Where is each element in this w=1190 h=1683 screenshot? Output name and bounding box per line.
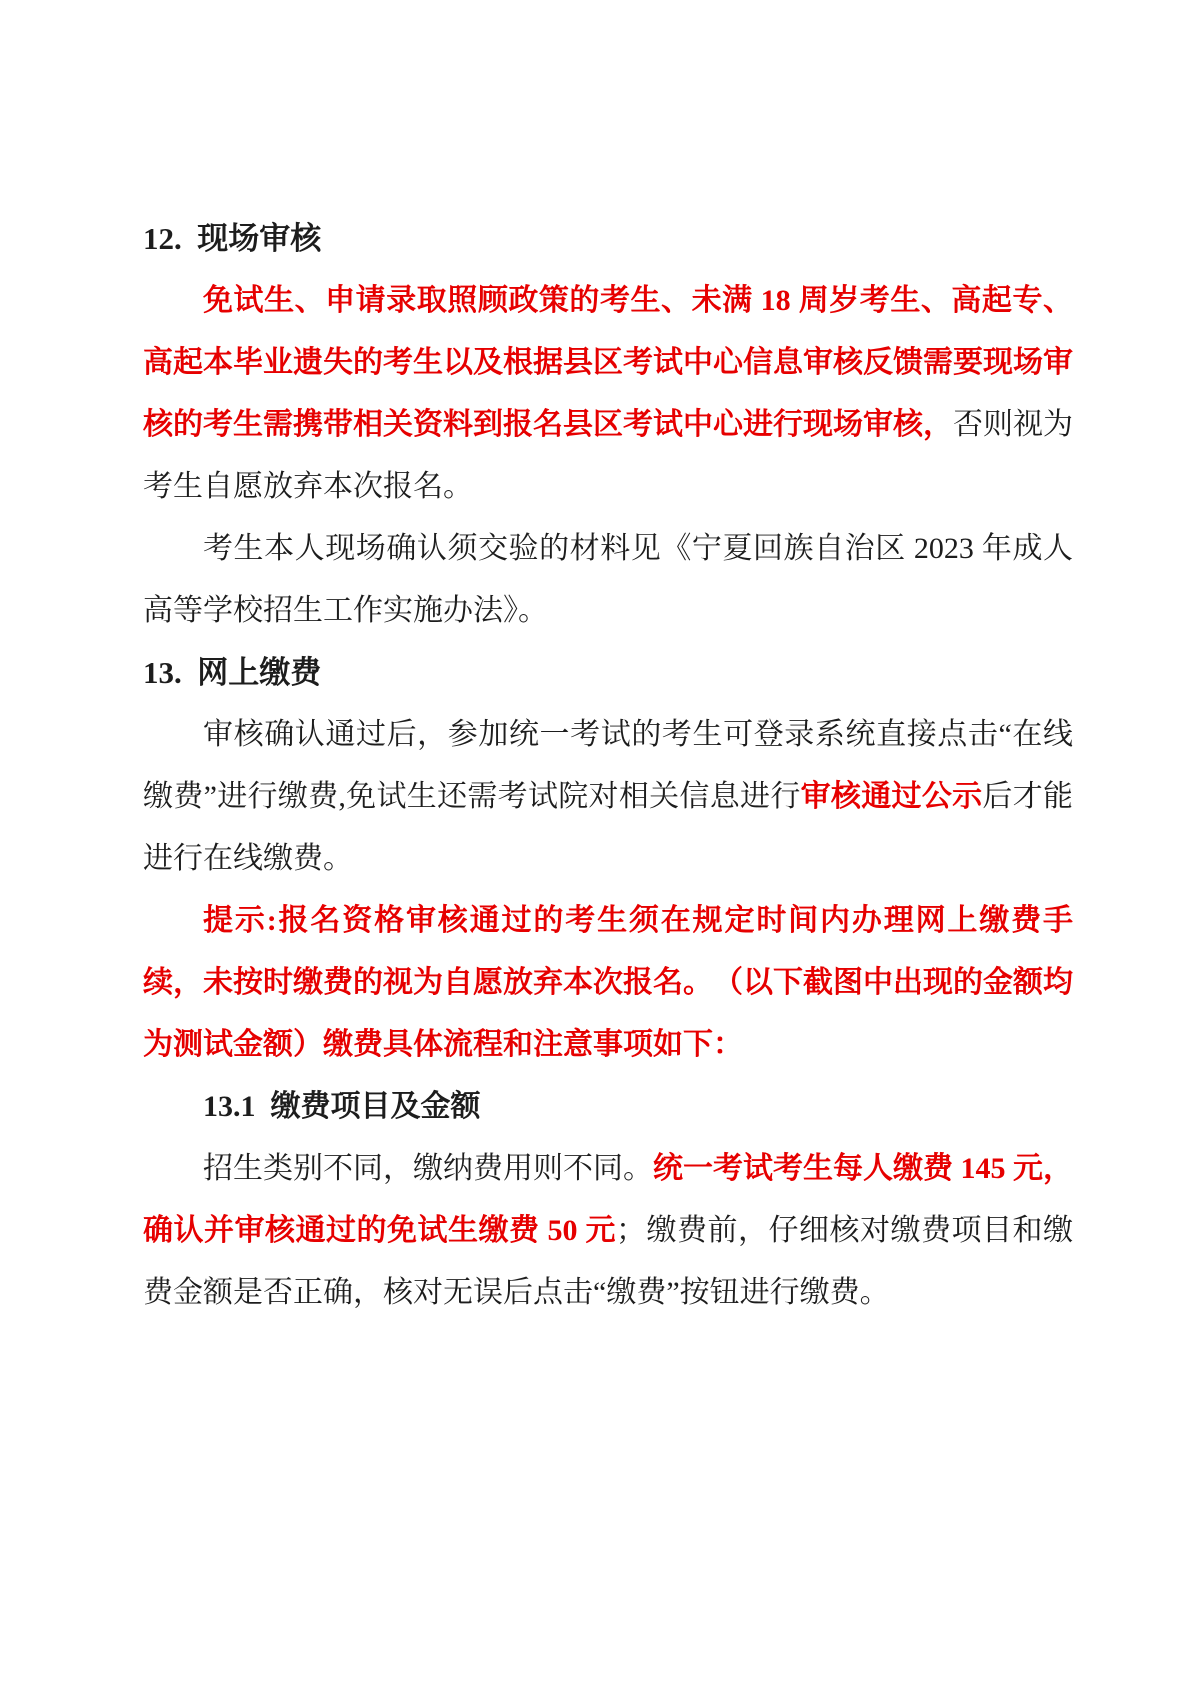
onsite-audit-red-text: 免试生、申请录取照顾政策的考生、未满 18 周岁考生、高起专、高起本毕业遗失的考… [143, 284, 1073, 441]
online-payment-red-text: 审核通过公示 [801, 780, 983, 813]
section-13-1-heading: 13.1 缴费项目及金额 [143, 1076, 1073, 1138]
paragraph-payment-amounts: 招生类别不同，缴纳费用则不同。统一考试考生每人缴费 145 元，确认并审核通过的… [143, 1138, 1073, 1324]
paragraph-online-payment: 审核确认通过后，参加统一考试的考生可登录系统直接点击“在线缴费”进行缴费,免试生… [143, 704, 1073, 890]
paragraph-payment-notice: 提示:报名资格审核通过的考生须在规定时间内办理网上缴费手续，未按时缴费的视为自愿… [143, 890, 1073, 1076]
section-13-heading: 13. 网上缴费 [143, 642, 1073, 704]
payment-amounts-black-before: 招生类别不同，缴纳费用则不同。 [203, 1152, 653, 1185]
section-12-heading: 12. 现场审核 [143, 208, 1073, 270]
document-body: 12. 现场审核 免试生、申请录取照顾政策的考生、未满 18 周岁考生、高起专、… [143, 208, 1073, 1324]
paragraph-onsite-audit: 免试生、申请录取照顾政策的考生、未满 18 周岁考生、高起专、高起本毕业遗失的考… [143, 270, 1073, 518]
document-page: { "page": { "width_px": 1190, "height_px… [0, 0, 1190, 1683]
paragraph-verification-materials: 考生本人现场确认须交验的材料见《宁夏回族自治区 2023 年成人高等学校招生工作… [143, 518, 1073, 642]
